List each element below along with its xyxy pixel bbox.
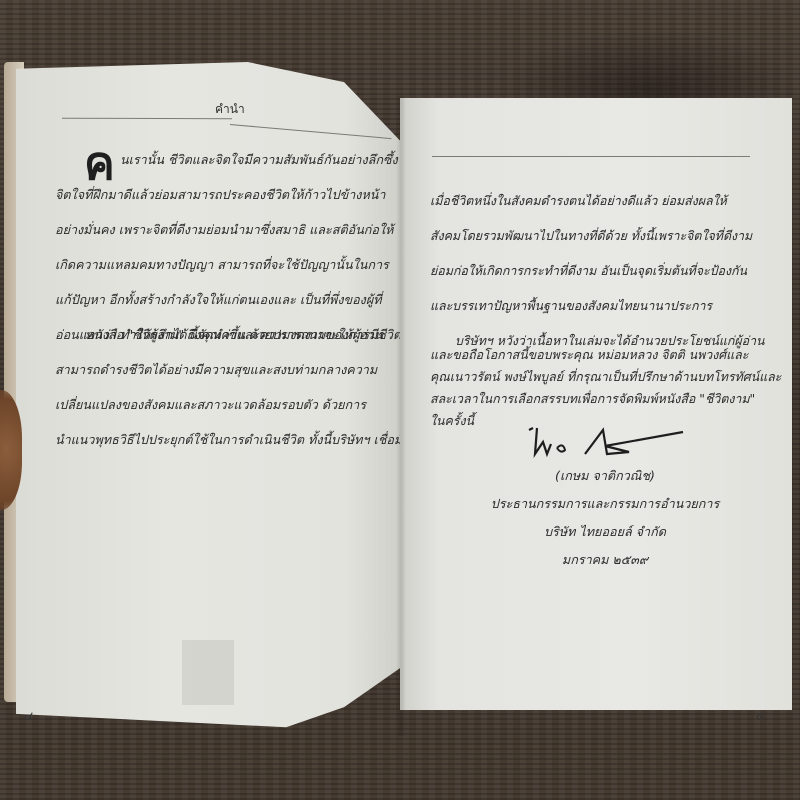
paragraph-4: และขอถือโอกาสนี้ขอบพระคุณ หม่อมหลวง จิตต… [430,344,781,432]
signature-block: (เกษม จาติกวณิช) ประธานกรรมการและกรรมการ… [470,462,740,574]
paragraph-3: เมื่อชีวิตหนึ่งในสังคมดำรงตนได้อย่างดีแล… [430,183,752,323]
book-gutter [396,96,406,736]
signatory-name: (เกษม จาติกวณิช) [470,462,740,490]
paragraph-2-first-line: หนังสือ "ชีวิตงาม" นี้จัดทำขึ้น ด้วยปราร… [85,317,383,352]
page-number-left: ๔ [24,707,33,726]
show-through-image [182,640,234,705]
signatory-company: บริษัท ไทยออยล์ จำกัด [470,518,740,546]
header-rule-right [432,156,750,157]
page-number-right: ๕ [756,707,765,726]
paragraph-2: สามารถดำรงชีวิตได้อย่างมีความสุขและสงบท่… [55,352,425,457]
running-head-title: คำนำ [215,100,245,119]
signatory-title: ประธานกรรมการและกรรมการอำนวยการ [470,490,740,518]
signature-scribble [525,424,705,464]
signature-date: มกราคม ๒๕๓๙ [470,546,740,574]
paragraph-1-first-line: นเรานั้น ชีวิตและจิตใจมีความสัมพันธ์กันอ… [120,142,398,177]
